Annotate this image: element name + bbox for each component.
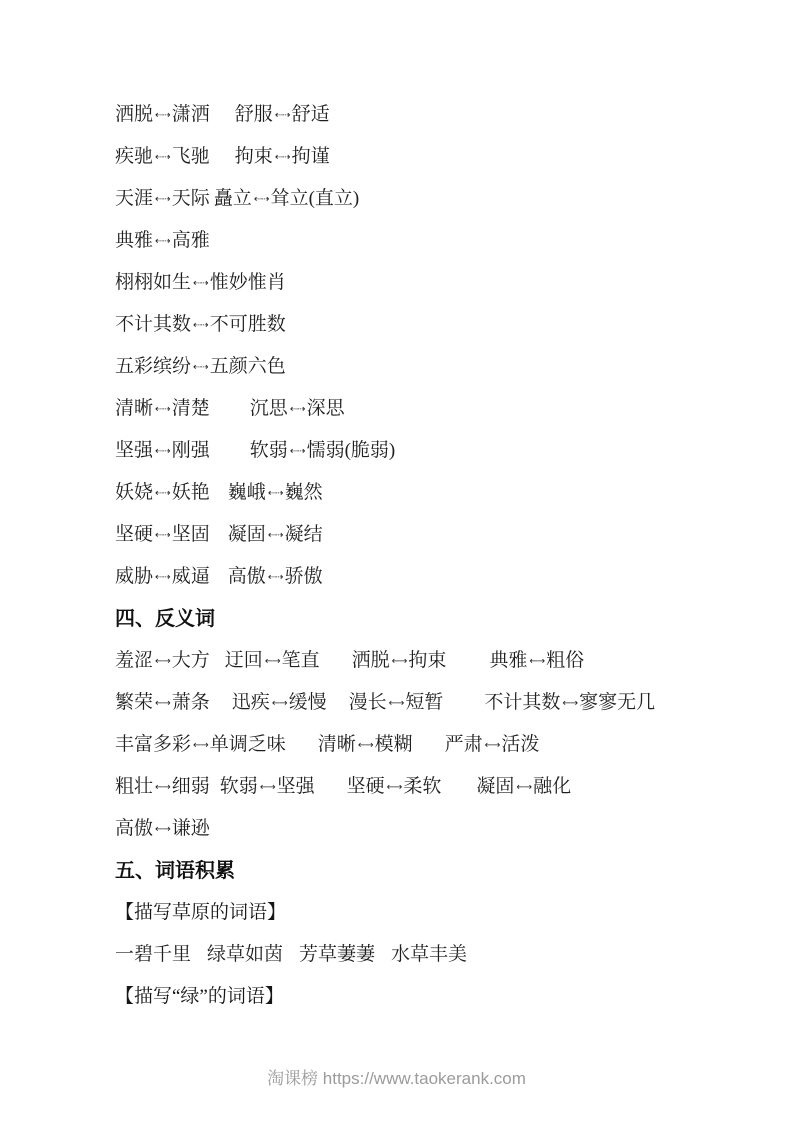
word: 绿草如茵 <box>207 934 283 976</box>
word: 潇洒 <box>172 104 210 125</box>
word: 一碧千里 <box>115 934 191 976</box>
connector-arrow-icon: ←→ <box>392 641 407 683</box>
word: 高傲 <box>115 818 153 839</box>
word: 缓慢 <box>289 692 327 713</box>
word: 飞驰 <box>172 146 210 167</box>
word: 不计其数 <box>115 314 191 335</box>
connector-arrow-icon: ⇠⇢ <box>275 137 290 179</box>
word-line: 高傲←→谦逊 <box>115 808 763 850</box>
word-pair: 五彩缤纷⇠⇢五颜六色 <box>115 346 286 389</box>
connector-arrow-icon: ⇠⇢ <box>155 515 170 557</box>
connector-arrow-icon: ⇠⇢ <box>254 179 269 221</box>
word: 天际 <box>172 188 210 209</box>
word: 柔软 <box>403 776 441 797</box>
connector-arrow-icon: ⇠⇢ <box>155 557 170 599</box>
word: 大方 <box>172 650 210 671</box>
word: 舒适 <box>292 104 330 125</box>
connector-arrow-icon: ←→ <box>272 683 287 725</box>
word-line: 天涯⇠⇢天际矗立⇠⇢耸立(直立) <box>115 178 763 220</box>
word-pair: 严肃←→活泼 <box>445 724 540 767</box>
word-line: 不计其数⇠⇢不可胜数 <box>115 304 763 346</box>
word: 洒脱 <box>115 104 153 125</box>
word: 深思 <box>307 398 345 419</box>
word: 五颜六色 <box>210 356 286 377</box>
synonyms-list: 洒脱⇠⇢潇洒舒服⇠⇢舒适疾驰⇠⇢飞驰拘束⇠⇢拘谨天涯⇠⇢天际矗立⇠⇢耸立(直立)… <box>115 94 763 598</box>
word-pair: 坚强⇠⇢刚强 <box>115 430 210 473</box>
word: 拘束 <box>408 650 446 671</box>
word-pair: 丰富多彩←→单调乏味 <box>115 724 286 767</box>
connector-arrow-icon: ⇠⇢ <box>290 389 305 431</box>
word: 细弱 <box>172 776 210 797</box>
connector-arrow-icon: ⇠⇢ <box>155 137 170 179</box>
word: 迂回 <box>225 650 263 671</box>
word: 坚固 <box>172 524 210 545</box>
word-pair: 坚硬⇠⇢坚固 <box>115 514 210 557</box>
word-line: 威胁⇠⇢威逼高傲⇠⇢骄傲 <box>115 556 763 598</box>
word: 繁荣 <box>115 692 153 713</box>
word: 威胁 <box>115 566 153 587</box>
word-pair: 不计其数←→寥寥无几 <box>484 682 655 725</box>
word-line: 栩栩如生⇠⇢惟妙惟肖 <box>115 262 763 304</box>
word: 谦逊 <box>172 818 210 839</box>
word: 凝固 <box>476 776 514 797</box>
word: 坚硬 <box>347 776 385 797</box>
connector-arrow-icon: ←→ <box>155 767 170 809</box>
word: 芳草萋萋 <box>299 934 375 976</box>
word: 水草丰美 <box>391 934 467 976</box>
word: 典雅 <box>489 650 527 671</box>
word: 懦弱(脆弱) <box>307 440 396 461</box>
word-pair: 高傲←→谦逊 <box>115 808 210 851</box>
word: 萧条 <box>172 692 210 713</box>
word: 漫长 <box>349 692 387 713</box>
word: 典雅 <box>115 230 153 251</box>
word: 不计其数 <box>484 692 560 713</box>
word-pair: 软弱⇠⇢懦弱(脆弱) <box>250 430 395 473</box>
word-line: 坚强⇠⇢刚强软弱⇠⇢懦弱(脆弱) <box>115 430 763 472</box>
word-pair: 矗立⇠⇢耸立(直立) <box>214 178 359 221</box>
accumulation-list: 【描写草原的词语】一碧千里绿草如茵芳草萋萋水草丰美【描写“绿”的词语】 <box>115 892 763 1018</box>
connector-arrow-icon: ←→ <box>155 641 170 683</box>
word: 高傲 <box>228 566 266 587</box>
connector-arrow-icon: ⇠⇢ <box>155 179 170 221</box>
connector-arrow-icon: ⇠⇢ <box>155 473 170 515</box>
word: 清楚 <box>172 398 210 419</box>
word: 粗壮 <box>115 776 153 797</box>
word-line: 粗壮←→细弱软弱←→坚强坚硬←→柔软凝固←→融化 <box>115 766 763 808</box>
connector-arrow-icon: ←→ <box>389 683 404 725</box>
word-pair: 妖娆⇠⇢妖艳 <box>115 472 210 515</box>
word-line: 羞涩←→大方迂回←→笔直洒脱←→拘束典雅←→粗俗 <box>115 640 763 682</box>
word-pair: 凝固⇠⇢凝结 <box>228 514 323 557</box>
footer-watermark-text: 淘课榜 https://www.taokerank.com <box>267 1069 526 1088</box>
word-pair: 不计其数⇠⇢不可胜数 <box>115 304 286 347</box>
word: 威逼 <box>172 566 210 587</box>
word-line: 妖娆⇠⇢妖艳巍峨⇠⇢巍然 <box>115 472 763 514</box>
word-pair: 高傲⇠⇢骄傲 <box>228 556 323 599</box>
document-page: { "page": { "background": "#ffffff", "te… <box>0 0 793 1122</box>
word-pair: 清晰⇠⇢清楚 <box>115 388 210 431</box>
word-line: 五彩缤纷⇠⇢五颜六色 <box>115 346 763 388</box>
word: 短暂 <box>405 692 443 713</box>
word-pair: 典雅←→粗俗 <box>489 640 584 683</box>
connector-arrow-icon: ←→ <box>529 641 544 683</box>
word: 五彩缤纷 <box>115 356 191 377</box>
section-title-antonyms: 四、反义词 <box>115 598 763 640</box>
word-pair: 软弱←→坚强 <box>220 766 315 809</box>
antonyms-list: 羞涩←→大方迂回←→笔直洒脱←→拘束典雅←→粗俗繁荣←→萧条迅疾←→缓慢漫长←→… <box>115 640 763 850</box>
connector-arrow-icon: ⇠⇢ <box>268 515 283 557</box>
word-pair: 坚硬←→柔软 <box>347 766 442 809</box>
word: 严肃 <box>445 734 483 755</box>
word-pair: 洒脱⇠⇢潇洒 <box>115 94 210 137</box>
connector-arrow-icon: ⇠⇢ <box>193 305 208 347</box>
word-pair: 清晰←→模糊 <box>318 724 413 767</box>
word-pair: 迂回←→笔直 <box>225 640 320 683</box>
word-line: 一碧千里绿草如茵芳草萋萋水草丰美 <box>115 934 763 976</box>
bracket-header: 【描写“绿”的词语】 <box>115 976 763 1018</box>
word-line: 疾驰⇠⇢飞驰拘束⇠⇢拘谨 <box>115 136 763 178</box>
connector-arrow-icon: ←→ <box>485 725 500 767</box>
document-content: 洒脱⇠⇢潇洒舒服⇠⇢舒适疾驰⇠⇢飞驰拘束⇠⇢拘谨天涯⇠⇢天际矗立⇠⇢耸立(直立)… <box>115 94 763 1018</box>
word: 舒服 <box>235 104 273 125</box>
word-pair: 羞涩←→大方 <box>115 640 210 683</box>
connector-arrow-icon: ⇠⇢ <box>268 473 283 515</box>
word-pair: 典雅⇠⇢高雅 <box>115 220 210 263</box>
word: 惟妙惟肖 <box>210 272 286 293</box>
word-pair: 威胁⇠⇢威逼 <box>115 556 210 599</box>
word-pair: 迅疾←→缓慢 <box>232 682 327 725</box>
word: 迅疾 <box>232 692 270 713</box>
word: 羞涩 <box>115 650 153 671</box>
word-line: 洒脱⇠⇢潇洒舒服⇠⇢舒适 <box>115 94 763 136</box>
word: 拘束 <box>235 146 273 167</box>
connector-arrow-icon: ⇠⇢ <box>155 389 170 431</box>
word: 巍峨 <box>228 482 266 503</box>
connector-arrow-icon: ⇠⇢ <box>193 347 208 389</box>
word-line: 坚硬⇠⇢坚固凝固⇠⇢凝结 <box>115 514 763 556</box>
word-pair: 漫长←→短暂 <box>349 682 444 725</box>
connector-arrow-icon: ⇠⇢ <box>155 221 170 263</box>
word: 单调乏味 <box>210 734 286 755</box>
word-pair: 沉思⇠⇢深思 <box>250 388 345 431</box>
word: 坚强 <box>277 776 315 797</box>
word-pair: 舒服⇠⇢舒适 <box>235 94 330 137</box>
word-line: 典雅⇠⇢高雅 <box>115 220 763 262</box>
word-pair: 繁荣←→萧条 <box>115 682 210 725</box>
word-line: 丰富多彩←→单调乏味清晰←→模糊严肃←→活泼 <box>115 724 763 766</box>
connector-arrow-icon: ⇠⇢ <box>275 95 290 137</box>
word: 妖娆 <box>115 482 153 503</box>
connector-arrow-icon: ⇠⇢ <box>193 263 208 305</box>
word-pair: 拘束⇠⇢拘谨 <box>235 136 330 179</box>
connector-arrow-icon: ←→ <box>562 683 577 725</box>
word-pair: 栩栩如生⇠⇢惟妙惟肖 <box>115 262 286 305</box>
connector-arrow-icon: ←→ <box>265 641 280 683</box>
word: 坚强 <box>115 440 153 461</box>
connector-arrow-icon: ←→ <box>387 767 402 809</box>
section-title-accumulation: 五、词语积累 <box>115 850 763 892</box>
page-footer: 淘课榜 https://www.taokerank.com <box>0 1062 793 1096</box>
connector-arrow-icon: ←→ <box>516 767 531 809</box>
word: 笔直 <box>282 650 320 671</box>
word-pair: 洒脱←→拘束 <box>352 640 447 683</box>
word-pair: 凝固←→融化 <box>476 766 571 809</box>
connector-arrow-icon: ←→ <box>155 683 170 725</box>
connector-arrow-icon: ⇠⇢ <box>155 95 170 137</box>
word: 寥寥无几 <box>579 692 655 713</box>
word: 高雅 <box>172 230 210 251</box>
word: 丰富多彩 <box>115 734 191 755</box>
word: 清晰 <box>115 398 153 419</box>
word: 天涯 <box>115 188 153 209</box>
word: 疾驰 <box>115 146 153 167</box>
word: 妖艳 <box>172 482 210 503</box>
word: 凝结 <box>285 524 323 545</box>
connector-arrow-icon: ←→ <box>358 725 373 767</box>
word: 坚硬 <box>115 524 153 545</box>
connector-arrow-icon: ⇠⇢ <box>290 431 305 473</box>
word: 栩栩如生 <box>115 272 191 293</box>
word: 凝固 <box>228 524 266 545</box>
word-pair: 巍峨⇠⇢巍然 <box>228 472 323 515</box>
word: 洒脱 <box>352 650 390 671</box>
word: 软弱 <box>220 776 258 797</box>
word: 融化 <box>533 776 571 797</box>
connector-arrow-icon: ←→ <box>260 767 275 809</box>
connector-arrow-icon: ←→ <box>193 725 208 767</box>
word-pair: 天涯⇠⇢天际 <box>115 178 210 221</box>
word: 骄傲 <box>285 566 323 587</box>
bracket-header: 【描写草原的词语】 <box>115 892 763 934</box>
word: 不可胜数 <box>210 314 286 335</box>
connector-arrow-icon: ⇠⇢ <box>155 431 170 473</box>
word-line: 清晰⇠⇢清楚沉思⇠⇢深思 <box>115 388 763 430</box>
word-pair: 粗壮←→细弱 <box>115 766 210 809</box>
connector-arrow-icon: ⇠⇢ <box>268 557 283 599</box>
word: 软弱 <box>250 440 288 461</box>
word: 矗立 <box>214 188 252 209</box>
word: 粗俗 <box>546 650 584 671</box>
word: 清晰 <box>318 734 356 755</box>
word: 模糊 <box>375 734 413 755</box>
connector-arrow-icon: ←→ <box>155 809 170 851</box>
word: 沉思 <box>250 398 288 419</box>
word: 巍然 <box>285 482 323 503</box>
word: 拘谨 <box>292 146 330 167</box>
word: 活泼 <box>501 734 539 755</box>
word-pair: 疾驰⇠⇢飞驰 <box>115 136 210 179</box>
word: 耸立(直立) <box>271 188 360 209</box>
word-line: 繁荣←→萧条迅疾←→缓慢漫长←→短暂不计其数←→寥寥无几 <box>115 682 763 724</box>
word: 刚强 <box>172 440 210 461</box>
